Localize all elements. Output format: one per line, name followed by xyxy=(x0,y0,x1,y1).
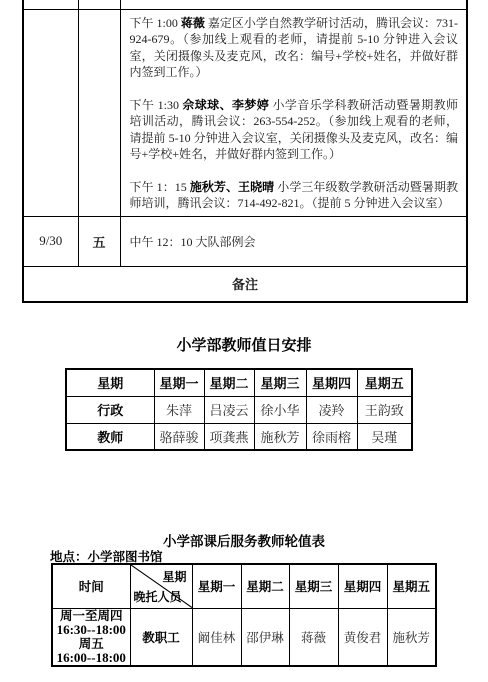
entry-time: 下午 1:30 xyxy=(130,98,180,112)
column-header: 星期四 xyxy=(306,369,357,396)
column-header: 星期五 xyxy=(357,369,412,396)
staff-name: 阚佳林 xyxy=(192,608,241,666)
table-header-row: 时间 星期 晚托人员 星期一 星期二 星期三 星期四 星期五 xyxy=(52,564,436,608)
schedule-entry: 下午 1：15 施秋芳、王晓晴 小学三年级数学教研活动暨暑期教师培训，腾讯会议：… xyxy=(130,179,459,212)
column-header: 星期二 xyxy=(204,369,254,396)
table-row: 行政 朱萍 吕凌云 徐小华 凌羚 王韵致 xyxy=(66,396,412,423)
diagonal-label-staff: 晚托人员 xyxy=(134,588,182,605)
entry-teacher-names: 施秋芳、王晓晴 xyxy=(190,180,274,194)
schedule-entry: 下午 1:00 蒋薇 嘉定区小学自然教学研讨活动，腾讯会议：731-924-67… xyxy=(130,15,459,81)
schedule-entry: 下午 1:30 佘球球、李梦婷 小学音乐学科教研活动暨暑期教师培训活动，腾讯会议… xyxy=(130,97,459,163)
duty-roster-title: 小学部教师值日安排 xyxy=(0,334,488,355)
entry-detail: 嘉定区小学自然教学研讨活动，腾讯会议：731-924-679。（参加线上观看的老… xyxy=(130,16,459,80)
weekly-schedule-table: 下午 1:00 蒋薇 嘉定区小学自然教学研讨活动，腾讯会议：731-924-67… xyxy=(22,0,468,303)
duty-name: 吕凌云 xyxy=(204,396,254,423)
row-label-teacher: 教师 xyxy=(66,423,154,450)
table-row: 周一至周四 16:30--18:00 周五 16:00--18:00 教职工 阚… xyxy=(52,608,436,666)
entry-detail: 小学音乐学科教研活动暨暑期教师培训活动，腾讯会议：263-554-252。（参加… xyxy=(130,98,459,162)
weekday-cell: 五 xyxy=(78,216,120,266)
column-header: 星期三 xyxy=(289,564,338,608)
column-header: 星期三 xyxy=(254,369,306,396)
diagonal-header-cell: 星期 晚托人员 xyxy=(130,564,192,608)
staff-name: 邵伊琳 xyxy=(241,608,289,666)
after-school-table: 时间 星期 晚托人员 星期一 星期二 星期三 星期四 星期五 周一至周四 16:… xyxy=(51,563,437,667)
duty-roster-table: 星期 星期一 星期二 星期三 星期四 星期五 行政 朱萍 吕凌云 徐小华 凌羚 … xyxy=(65,368,413,451)
weekday-cell-empty xyxy=(78,0,120,9)
duty-name: 王韵致 xyxy=(357,396,412,423)
date-cell-empty xyxy=(23,9,78,216)
column-header: 星期 xyxy=(66,369,154,396)
time-range-line: 周一至周四 xyxy=(53,609,130,623)
column-header: 星期二 xyxy=(241,564,289,608)
events-cell: 下午 1:00 蒋薇 嘉定区小学自然教学研讨活动，腾讯会议：731-924-67… xyxy=(120,9,467,216)
duty-name: 项龚燕 xyxy=(204,423,254,450)
table-row: 9/30 五 中午 12：10 大队部例会 xyxy=(23,216,467,266)
time-range-line: 16:00--18:00 xyxy=(53,651,130,665)
entry-teacher-names: 蒋薇 xyxy=(181,16,205,30)
table-row: 备注 xyxy=(23,266,467,302)
column-header: 星期四 xyxy=(338,564,387,608)
row-label-admin: 行政 xyxy=(66,396,154,423)
table-row: 下午 1:00 蒋薇 嘉定区小学自然教学研讨活动，腾讯会议：731-924-67… xyxy=(23,9,467,216)
time-column-header: 时间 xyxy=(52,564,130,608)
table-row: 教师 骆薛骏 项龚燕 施秋芳 徐雨榕 吴瑾 xyxy=(66,423,412,450)
staff-name: 施秋芳 xyxy=(387,608,436,666)
staff-name: 蒋薇 xyxy=(289,608,338,666)
duty-name: 凌羚 xyxy=(306,396,357,423)
duty-name: 骆薛骏 xyxy=(154,423,204,450)
duty-name: 吴瑾 xyxy=(357,423,412,450)
document-page: 下午 1:00 蒋薇 嘉定区小学自然教学研讨活动，腾讯会议：731-924-67… xyxy=(0,0,488,682)
staff-type-label: 教职工 xyxy=(130,608,192,666)
column-header: 星期五 xyxy=(387,564,436,608)
date-cell-empty xyxy=(23,0,78,9)
remarks-cell: 备注 xyxy=(23,266,467,302)
duty-name: 朱萍 xyxy=(154,396,204,423)
entry-time: 下午 1:00 xyxy=(130,16,178,30)
duty-name: 徐小华 xyxy=(254,396,306,423)
time-range-line: 周五 xyxy=(53,637,130,651)
event-cell: 中午 12：10 大队部例会 xyxy=(120,216,467,266)
column-header: 星期一 xyxy=(192,564,241,608)
events-cell-clipped xyxy=(120,0,467,9)
diagonal-label-week: 星期 xyxy=(162,568,186,585)
entry-time: 下午 1：15 xyxy=(130,180,187,194)
duty-name: 施秋芳 xyxy=(254,423,306,450)
weekday-cell-empty xyxy=(78,9,120,216)
column-header: 星期一 xyxy=(154,369,204,396)
staff-name: 黄俊君 xyxy=(338,608,387,666)
table-row xyxy=(23,0,467,9)
duty-name: 徐雨榕 xyxy=(306,423,357,450)
entry-teacher-names: 佘球球、李梦婷 xyxy=(182,98,269,112)
date-cell: 9/30 xyxy=(23,216,78,266)
time-range-line: 16:30--18:00 xyxy=(53,623,130,637)
table-header-row: 星期 星期一 星期二 星期三 星期四 星期五 xyxy=(66,369,412,396)
time-range-cell: 周一至周四 16:30--18:00 周五 16:00--18:00 xyxy=(52,608,130,666)
